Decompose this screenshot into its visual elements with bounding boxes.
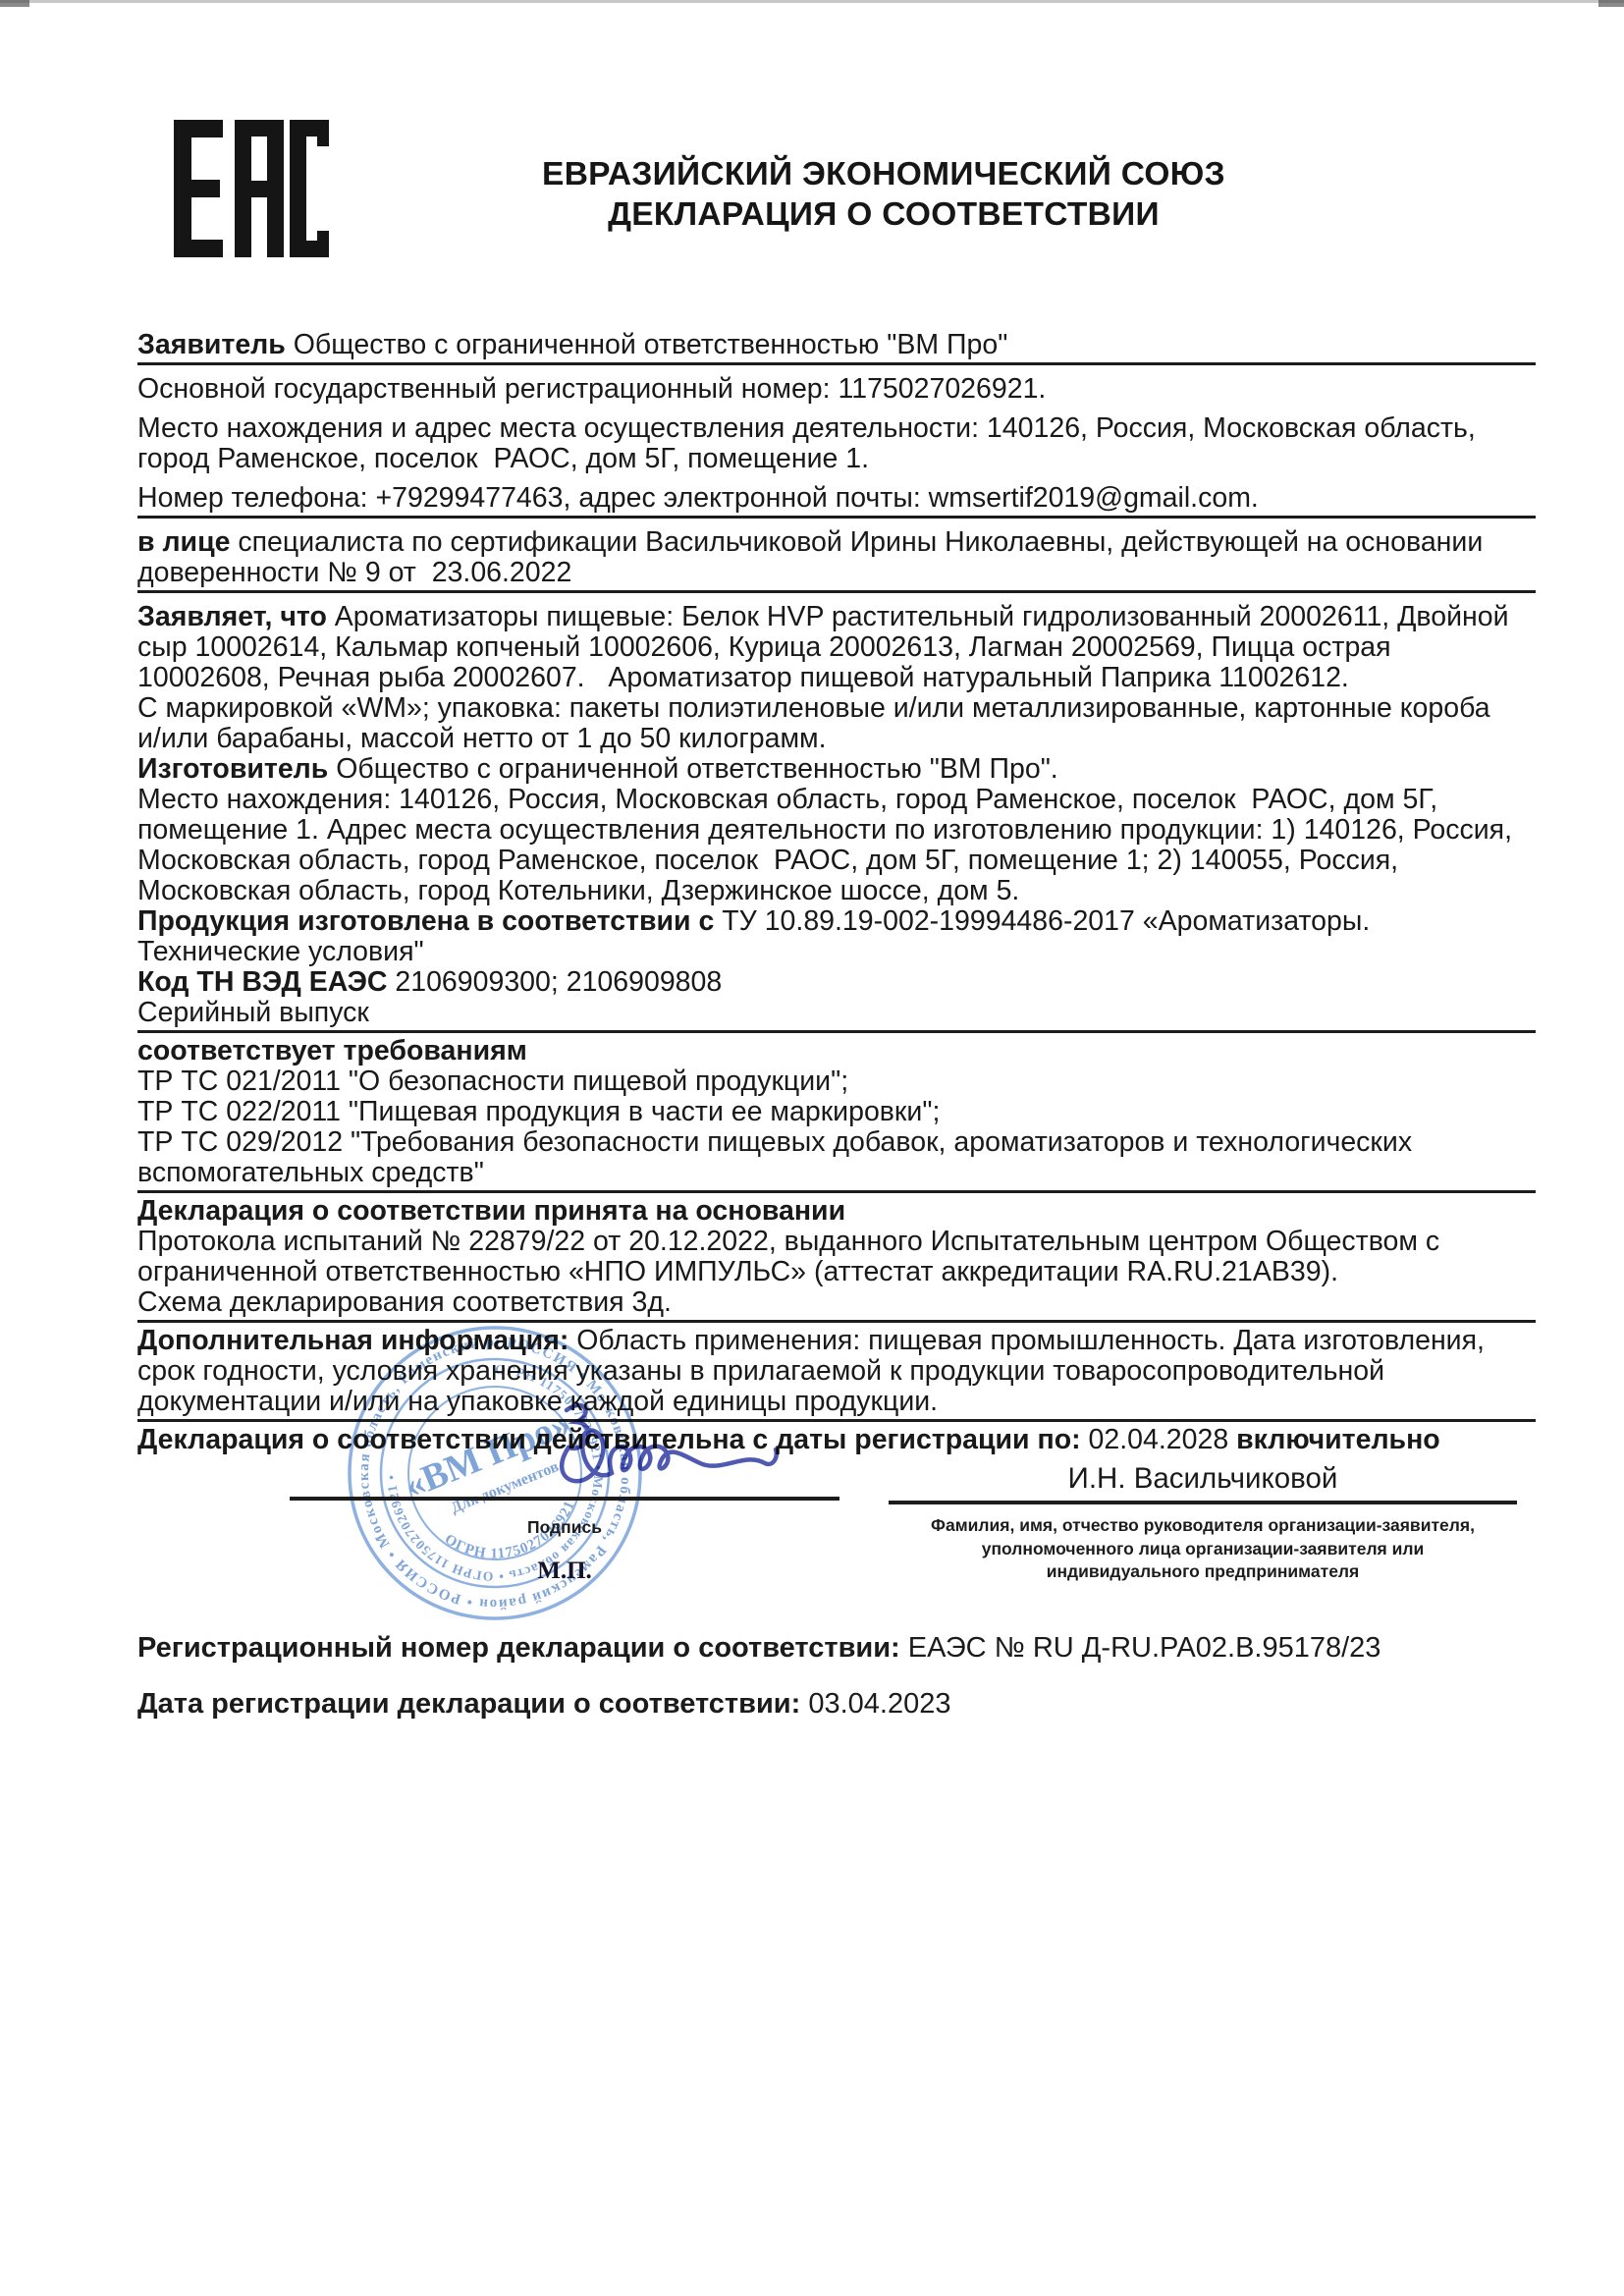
- signer-caption-line-1: Фамилия, имя, отчество руководителя орга…: [889, 1514, 1517, 1538]
- text-segment: Место нахождения: 140126, Россия, Москов…: [137, 784, 1437, 815]
- text-segment: помещение 1. Адрес места осуществления д…: [137, 814, 1512, 846]
- text-segment: Общество с ограниченной ответственностью…: [294, 329, 1008, 360]
- body-line: Серийный выпуск: [137, 998, 1536, 1028]
- signature-caption: Подпись: [290, 1517, 839, 1538]
- body-line: город Раменское, поселок РАОС, дом 5Г, п…: [137, 444, 1536, 474]
- body-section: Код ТН ВЭД ЕАЭС 2106909300; 2106909808: [137, 967, 1536, 998]
- signer-name: И.Н. Васильчиковой: [889, 1462, 1517, 1496]
- registration-date-line: Дата регистрации декларации о соответств…: [137, 1688, 950, 1721]
- body-line: Московская область, город Котельники, Дз…: [137, 876, 1536, 906]
- body-line: Декларация о соответствии принята на осн…: [137, 1196, 1536, 1227]
- body-section: Заявляет, что Ароматизаторы пищевые: Бел…: [137, 602, 1536, 693]
- text-segment: Заявляет, что: [137, 601, 335, 632]
- text-segment: Место нахождения и адрес места осуществл…: [137, 412, 1476, 444]
- reg-date-value: 03.04.2023: [808, 1688, 950, 1720]
- text-segment: соответствует требованиям: [137, 1035, 527, 1066]
- text-segment: ТР ТС 029/2012 "Требования безопасности …: [137, 1126, 1412, 1158]
- text-segment: Заявитель: [137, 329, 294, 360]
- text-segment: город Раменское, поселок РАОС, дом 5Г, п…: [137, 443, 869, 474]
- reg-number-label: Регистрационный номер декларации о соотв…: [137, 1632, 908, 1664]
- body-line: Технические условия": [137, 937, 1536, 967]
- text-segment: вспомогательных средств": [137, 1157, 484, 1188]
- signer-caption-line-3: индивидуального предпринимателя: [889, 1560, 1517, 1584]
- body-line: Место нахождения и адрес места осуществл…: [137, 413, 1536, 444]
- text-segment: и/или барабаны, массой нетто от 1 до 50 …: [137, 723, 827, 754]
- text-segment: Основной государственный регистрационный…: [137, 373, 1046, 405]
- text-segment: Схема декларирования соответствия 3д.: [137, 1286, 672, 1318]
- text-segment: ограниченной ответственностью «НПО ИМПУЛ…: [137, 1256, 1338, 1287]
- body-section: Протокола испытаний № 22879/22 от 20.12.…: [137, 1227, 1536, 1287]
- body-line: Протокола испытаний № 22879/22 от 20.12.…: [137, 1227, 1536, 1257]
- scan-corner-artifact: [1598, 0, 1624, 7]
- body-section: ТР ТС 029/2012 "Требования безопасности …: [137, 1127, 1536, 1193]
- text-segment: Общество с ограниченной ответственностью…: [336, 753, 1058, 785]
- declaration-page: ЕВРАЗИЙСКИЙ ЭКОНОМИЧЕСКИЙ СОЮЗ ДЕКЛАРАЦИ…: [0, 0, 1624, 2296]
- body-line: Номер телефона: +79299477463, адрес элек…: [137, 483, 1536, 514]
- body-section: ТР ТС 022/2011 "Пищевая продукция в част…: [137, 1097, 1536, 1127]
- text-segment: Декларация о соответствии принята на осн…: [137, 1195, 845, 1227]
- title-line-1: ЕВРАЗИЙСКИЙ ЭКОНОМИЧЕСКИЙ СОЮЗ: [245, 154, 1522, 194]
- body-line: Код ТН ВЭД ЕАЭС 2106909300; 2106909808: [137, 967, 1536, 998]
- signer-name-line: [889, 1501, 1517, 1504]
- reg-date-label: Дата регистрации декларации о соответств…: [137, 1688, 808, 1720]
- body-line: С маркировкой «WM»; упаковка: пакеты пол…: [137, 693, 1536, 724]
- text-segment: С маркировкой «WM»; упаковка: пакеты пол…: [137, 692, 1490, 724]
- body-section: Продукция изготовлена в соответствии с Т…: [137, 906, 1536, 967]
- stamp-place-label: М.П.: [290, 1558, 839, 1585]
- body-section: Изготовитель Общество с ограниченной отв…: [137, 754, 1536, 785]
- text-segment: специалиста по сертификации Васильчиково…: [238, 526, 1483, 558]
- body-line: в лице специалиста по сертификации Васил…: [137, 527, 1536, 558]
- body-line: 10002608, Речная рыба 20002607. Ароматиз…: [137, 663, 1536, 693]
- text-segment: доверенности № 9 от 23.06.2022: [137, 557, 571, 588]
- body-line: ТР ТС 029/2012 "Требования безопасности …: [137, 1127, 1536, 1158]
- text-segment: Ароматизаторы пищевые: Белок HVP растите…: [335, 601, 1509, 632]
- scan-corner-artifact: [0, 0, 29, 7]
- body-line: сыр 10002614, Кальмар копченый 10002606,…: [137, 632, 1536, 663]
- body-section: Место нахождения: 140126, Россия, Москов…: [137, 785, 1536, 906]
- handwritten-signature: [525, 1387, 790, 1500]
- body-section: С маркировкой «WM»; упаковка: пакеты пол…: [137, 693, 1536, 754]
- document-body: Заявитель Общество с ограниченной ответс…: [137, 330, 1536, 1455]
- body-line: ограниченной ответственностью «НПО ИМПУЛ…: [137, 1257, 1536, 1287]
- body-line: доверенности № 9 от 23.06.2022: [137, 558, 1536, 588]
- body-section: соответствует требованиям: [137, 1036, 1536, 1066]
- body-line: и/или барабаны, массой нетто от 1 до 50 …: [137, 724, 1536, 754]
- body-line: соответствует требованиям: [137, 1036, 1536, 1066]
- body-section: Номер телефона: +79299477463, адрес элек…: [137, 483, 1536, 519]
- body-line: Московская область, город Раменское, пос…: [137, 846, 1536, 876]
- body-section: Серийный выпуск: [137, 998, 1536, 1033]
- text-segment: включительно: [1228, 1424, 1440, 1455]
- text-segment: Серийный выпуск: [137, 997, 369, 1028]
- scan-edge-artifact: [0, 0, 1624, 3]
- body-line: ТР ТС 021/2011 "О безопасности пищевой п…: [137, 1066, 1536, 1097]
- registration-number-line: Регистрационный номер декларации о соотв…: [137, 1632, 1380, 1665]
- body-section: ТР ТС 021/2011 "О безопасности пищевой п…: [137, 1066, 1536, 1097]
- text-segment: срок годности, условия хранения указаны …: [137, 1355, 1384, 1387]
- body-section: в лице специалиста по сертификации Васил…: [137, 527, 1536, 593]
- body-section: Декларация о соответствии принята на осн…: [137, 1196, 1536, 1227]
- reg-number-value: ЕАЭС № RU Д-RU.РА02.В.95178/23: [908, 1632, 1381, 1664]
- text-segment: ТР ТС 022/2011 "Пищевая продукция в част…: [137, 1096, 940, 1127]
- text-segment: сыр 10002614, Кальмар копченый 10002606,…: [137, 631, 1391, 663]
- text-segment: Изготовитель: [137, 753, 336, 785]
- text-segment: ТР ТС 021/2011 "О безопасности пищевой п…: [137, 1066, 848, 1097]
- text-segment: ТУ 10.89.19-002-19994486-2017 «Ароматиза…: [722, 905, 1370, 937]
- body-section: Место нахождения и адрес места осуществл…: [137, 413, 1536, 474]
- text-segment: Технические условия": [137, 936, 424, 967]
- body-line: ТР ТС 022/2011 "Пищевая продукция в част…: [137, 1097, 1536, 1127]
- body-section: Заявитель Общество с ограниченной ответс…: [137, 330, 1536, 365]
- text-segment: Продукция изготовлена в соответствии с: [137, 905, 722, 937]
- text-segment: Область применения: пищевая промышленнос…: [576, 1325, 1485, 1356]
- text-segment: 2106909300; 2106909808: [395, 966, 722, 998]
- body-line: Заявляет, что Ароматизаторы пищевые: Бел…: [137, 602, 1536, 632]
- title-line-2: ДЕКЛАРАЦИЯ О СООТВЕТСТВИИ: [245, 194, 1522, 235]
- body-line: Изготовитель Общество с ограниченной отв…: [137, 754, 1536, 785]
- text-segment: Московская область, город Раменское, пос…: [137, 845, 1398, 876]
- body-line: Продукция изготовлена в соответствии с Т…: [137, 906, 1536, 937]
- body-line: Основной государственный регистрационный…: [137, 374, 1536, 405]
- body-line: вспомогательных средств": [137, 1158, 1536, 1188]
- text-segment: Протокола испытаний № 22879/22 от 20.12.…: [137, 1226, 1439, 1257]
- body-line: Схема декларирования соответствия 3д.: [137, 1287, 1536, 1318]
- body-line: Место нахождения: 140126, Россия, Москов…: [137, 785, 1536, 815]
- text-segment: 02.04.2028: [1089, 1424, 1229, 1455]
- signature-line: [290, 1497, 839, 1501]
- text-segment: Московская область, город Котельники, Дз…: [137, 875, 1019, 906]
- text-segment: Номер телефона: +79299477463, адрес элек…: [137, 482, 1259, 514]
- body-line: Заявитель Общество с ограниченной ответс…: [137, 330, 1536, 360]
- text-segment: в лице: [137, 526, 238, 558]
- body-section: Основной государственный регистрационный…: [137, 374, 1536, 405]
- text-segment: 10002608, Речная рыба 20002607. Ароматиз…: [137, 662, 1349, 693]
- body-line: помещение 1. Адрес места осуществления д…: [137, 815, 1536, 846]
- signer-caption-line-2: уполномоченного лица организации-заявите…: [889, 1538, 1517, 1561]
- signer-caption: Фамилия, имя, отчество руководителя орга…: [889, 1514, 1517, 1584]
- text-segment: Код ТН ВЭД ЕАЭС: [137, 966, 395, 998]
- document-title: ЕВРАЗИЙСКИЙ ЭКОНОМИЧЕСКИЙ СОЮЗ ДЕКЛАРАЦИ…: [245, 154, 1522, 235]
